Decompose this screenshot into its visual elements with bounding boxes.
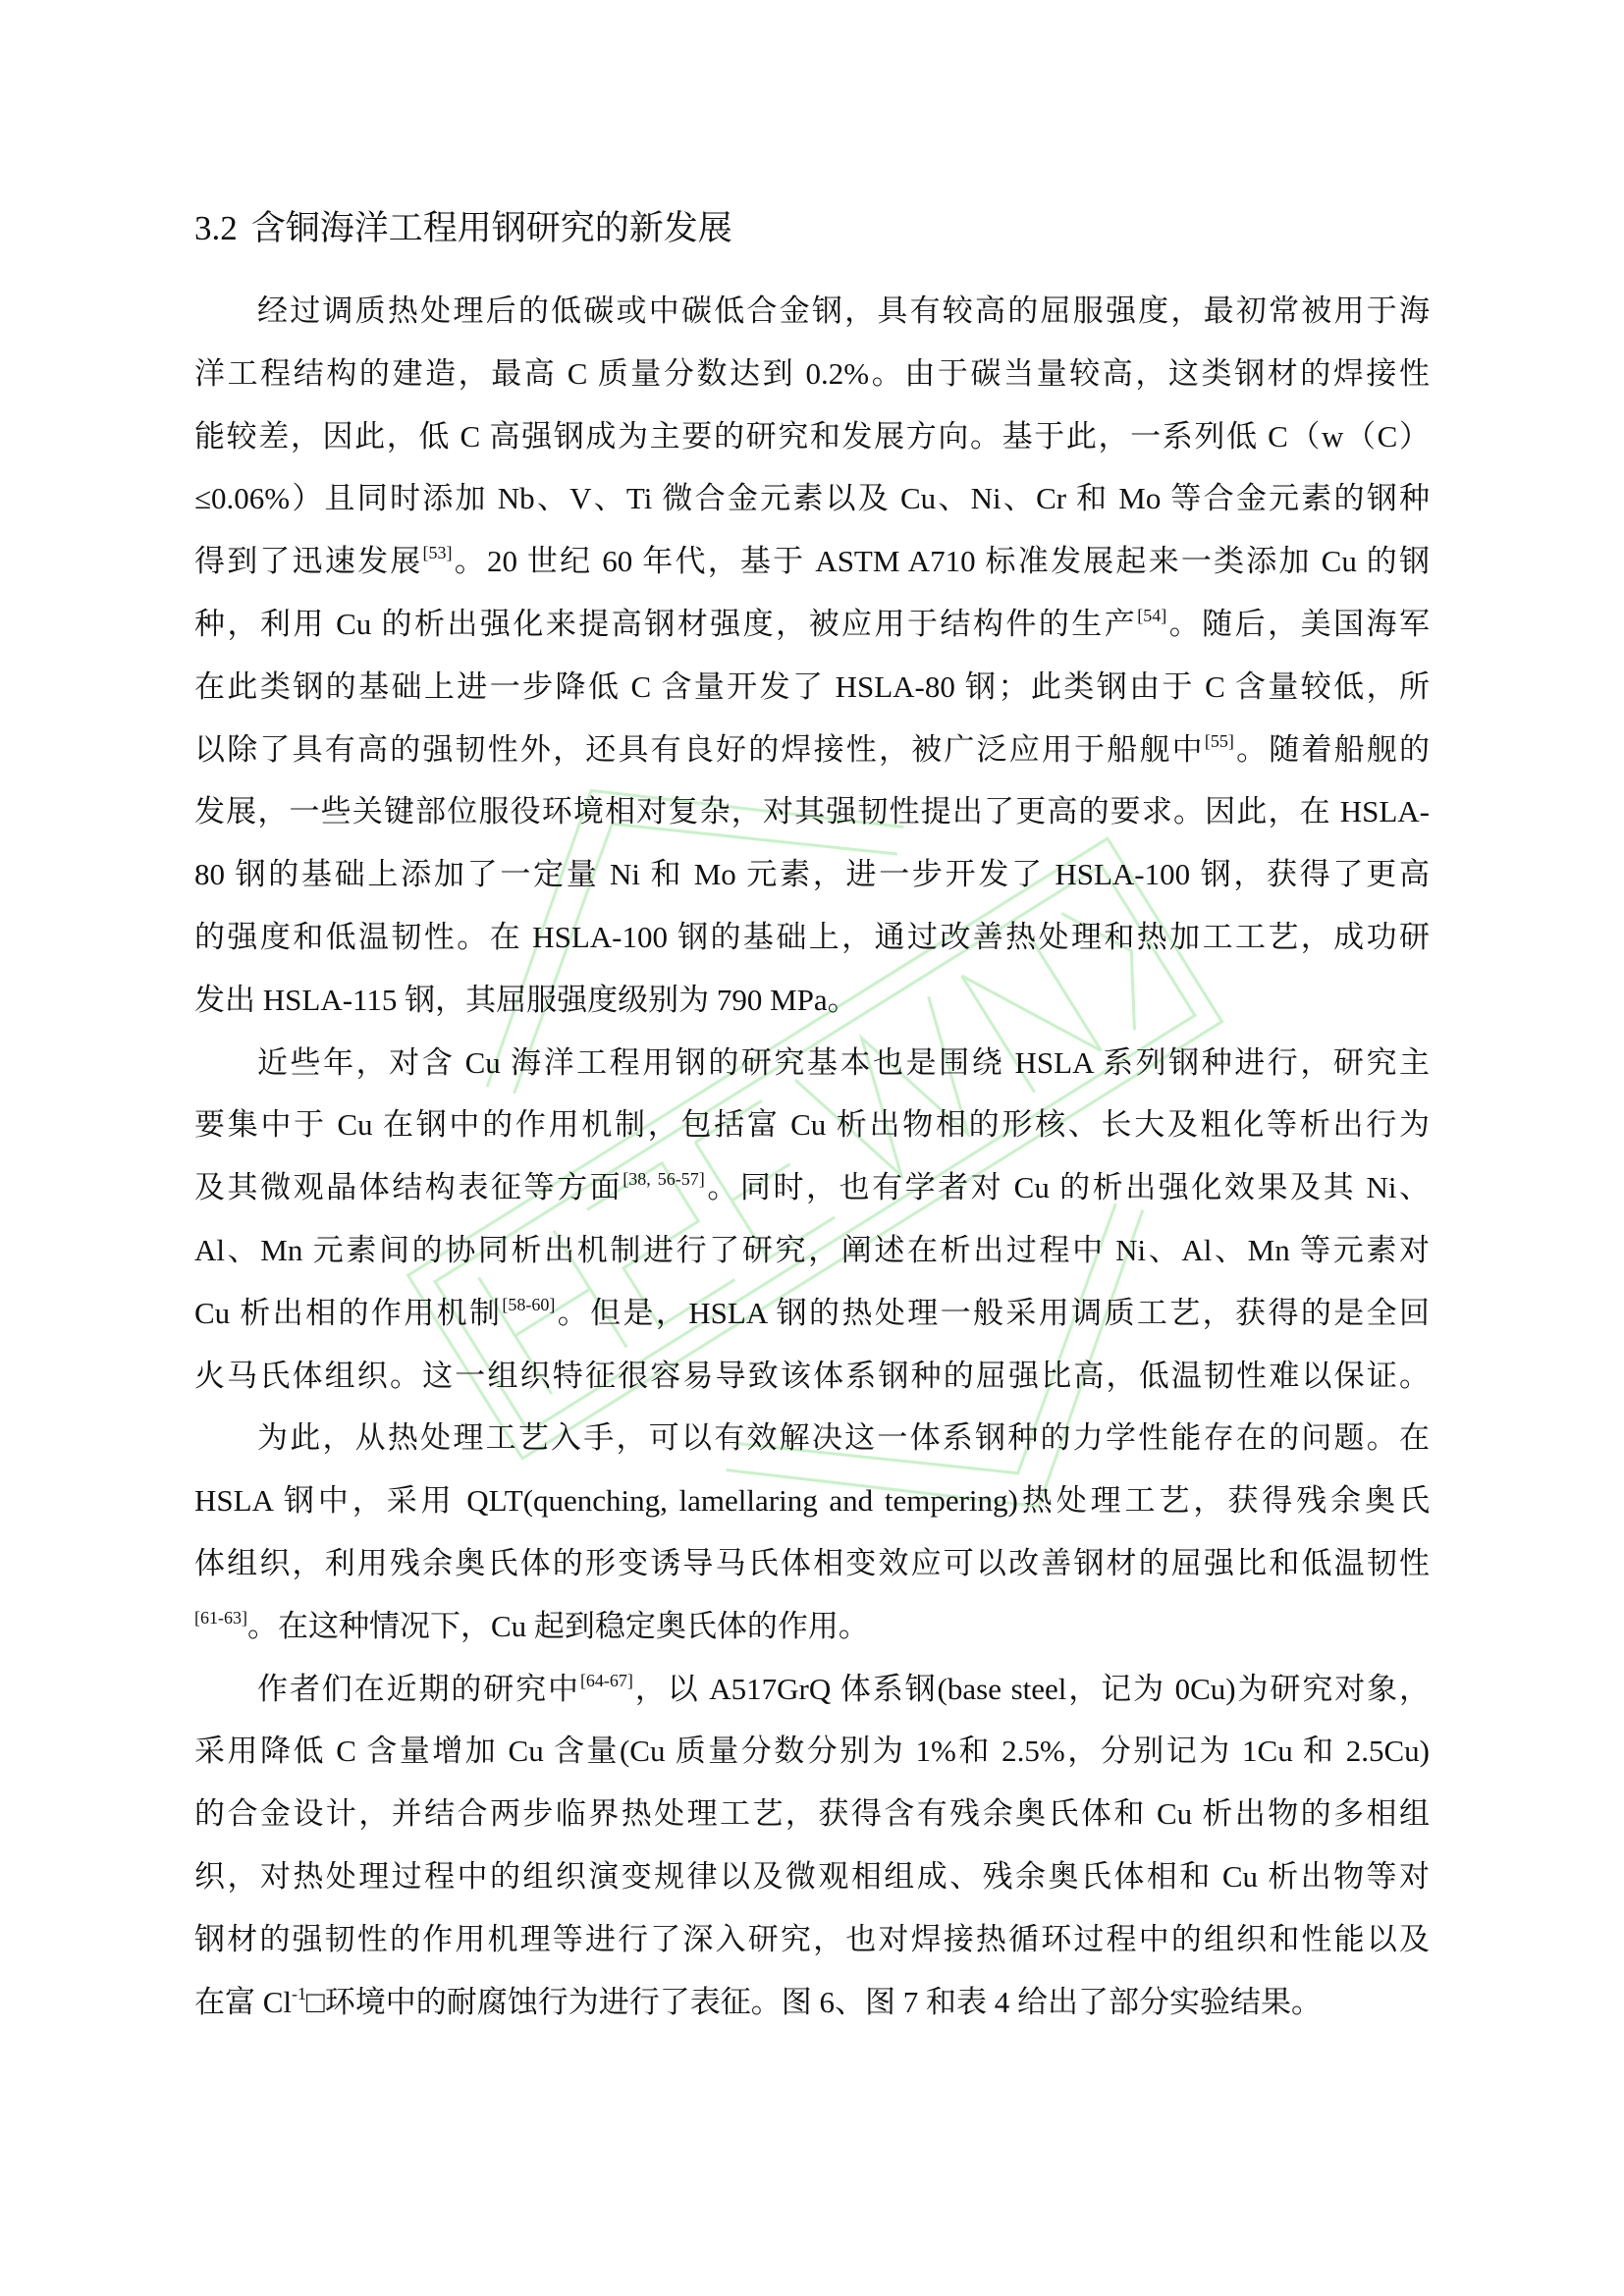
- text-line: 要集中于 Cu 在钢中的作用机制，包括富 Cu 析出物相的形核、长大及粗化等析出…: [194, 1094, 1430, 1156]
- text-line: Al、Mn 元素间的协同析出机制进行了研究，阐述在析出过程中 Ni、Al、Mn …: [194, 1219, 1430, 1282]
- text-line: 在此类钢的基础上进一步降低 C 含量开发了 HSLA-80 钢；此类钢由于 C …: [194, 656, 1430, 719]
- paragraph: 经过调质热处理后的低碳或中碳低合金钢，具有较高的屈服强度，最初常被用于海洋工程结…: [194, 280, 1430, 1032]
- text-line: 作者们在近期的研究中[64-67]，以 A517GrQ 体系钢(base ste…: [194, 1658, 1430, 1721]
- text-line: 能较差，因此，低 C 高强钢成为主要的研究和发展方向。基于此，一系列低 C（w（…: [194, 405, 1430, 468]
- citation-superscript: [55]: [1205, 731, 1234, 751]
- text-line: 经过调质热处理后的低碳或中碳低合金钢，具有较高的屈服强度，最初常被用于海: [194, 280, 1430, 343]
- paragraph: 近些年，对含 Cu 海洋工程用钢的研究基本也是围绕 HSLA 系列钢种进行，研究…: [194, 1032, 1430, 1408]
- text-line: 种，利用 Cu 的析出强化来提高钢材强度，被应用于结构件的生产[54]。随后，美…: [194, 593, 1430, 656]
- citation-superscript: [53]: [423, 543, 453, 562]
- text-line: 及其微观晶体结构表征等方面[38, 56-57]。同时，也有学者对 Cu 的析出…: [194, 1156, 1430, 1219]
- citation-superscript: [54]: [1137, 606, 1166, 625]
- text-line: 火马氏体组织。这一组织特征很容易导致该体系钢种的屈强比高，低温韧性难以保证。: [194, 1345, 1430, 1408]
- text-line: 采用降低 C 含量增加 Cu 含量(Cu 质量分数分别为 1%和 2.5%，分别…: [194, 1720, 1430, 1783]
- paragraph: 作者们在近期的研究中[64-67]，以 A517GrQ 体系钢(base ste…: [194, 1658, 1430, 2034]
- citation-superscript: [61-63]: [194, 1608, 247, 1628]
- section-number: 3.2: [194, 209, 238, 247]
- text-line: 的合金设计，并结合两步临界热处理工艺，获得含有残余奥氏体和 Cu 析出物的多相组: [194, 1783, 1430, 1845]
- text-line: 体组织，利用残余奥氏体的形变诱导马氏体相变效应可以改善钢材的屈强比和低温韧性: [194, 1532, 1430, 1595]
- text-line: 发展，一些关键部位服役环境相对复杂，对其强韧性提出了更高的要求。因此，在 HSL…: [194, 780, 1430, 843]
- text-line: 80 钢的基础上添加了一定量 Ni 和 Mo 元素，进一步开发了 HSLA-10…: [194, 843, 1430, 906]
- citation-superscript: [38, 56-57]: [623, 1169, 705, 1189]
- paragraph: 为此，从热处理工艺入手，可以有效解决这一体系钢种的力学性能存在的问题。在HSLA…: [194, 1407, 1430, 1657]
- section-title: 含铜海洋工程用钢研究的新发展: [251, 209, 732, 248]
- section-heading: 3.2含铜海洋工程用钢研究的新发展: [194, 204, 732, 253]
- text-line: 的强度和低温韧性。在 HSLA-100 钢的基础上，通过改善热处理和热加工工艺，…: [194, 906, 1430, 969]
- text-line: 得到了迅速发展[53]。20 世纪 60 年代，基于 ASTM A710 标准发…: [194, 530, 1430, 593]
- text-line: ≤0.06%）且同时添加 Nb、V、Ti 微合金元素以及 Cu、Ni、Cr 和 …: [194, 467, 1430, 530]
- text-line: 近些年，对含 Cu 海洋工程用钢的研究基本也是围绕 HSLA 系列钢种进行，研究…: [194, 1032, 1430, 1095]
- citation-superscript: [58-60]: [502, 1295, 555, 1314]
- text-line: 织，对热处理过程中的组织演变规律以及微观相组成、残余奥氏体相和 Cu 析出物等对: [194, 1845, 1430, 1908]
- text-line: 钢材的强韧性的作用机理等进行了深入研究，也对焊接热循环过程中的组织和性能以及: [194, 1908, 1430, 1971]
- citation-superscript: [64-67]: [580, 1671, 633, 1690]
- text-line: Cu 析出相的作用机制[58-60]。但是，HSLA 钢的热处理一般采用调质工艺…: [194, 1282, 1430, 1345]
- text-line: 洋工程结构的建造，最高 C 质量分数达到 0.2%。由于碳当量较高，这类钢材的焊…: [194, 343, 1430, 405]
- text-line: HSLA 钢中，采用 QLT(quenching, lamellaring an…: [194, 1469, 1430, 1532]
- text-line: [61-63]。在这种情况下，Cu 起到稳定奥氏体的作用。: [194, 1595, 1430, 1658]
- text-line: 发出 HSLA-115 钢，其屈服强度级别为 790 MPa。: [194, 969, 1430, 1032]
- text-line: 以除了具有高的强韧性外，还具有良好的焊接性，被广泛应用于船舰中[55]。随着船舰…: [194, 719, 1430, 781]
- citation-superscript: -1: [292, 1984, 306, 2003]
- body-text: 经过调质热处理后的低碳或中碳低合金钢，具有较高的屈服强度，最初常被用于海洋工程结…: [194, 280, 1430, 2033]
- text-line: 为此，从热处理工艺入手，可以有效解决这一体系钢种的力学性能存在的问题。在: [194, 1407, 1430, 1469]
- text-line: 在富 Cl-1□环境中的耐腐蚀行为进行了表征。图 6、图 7 和表 4 给出了部…: [194, 1971, 1430, 2034]
